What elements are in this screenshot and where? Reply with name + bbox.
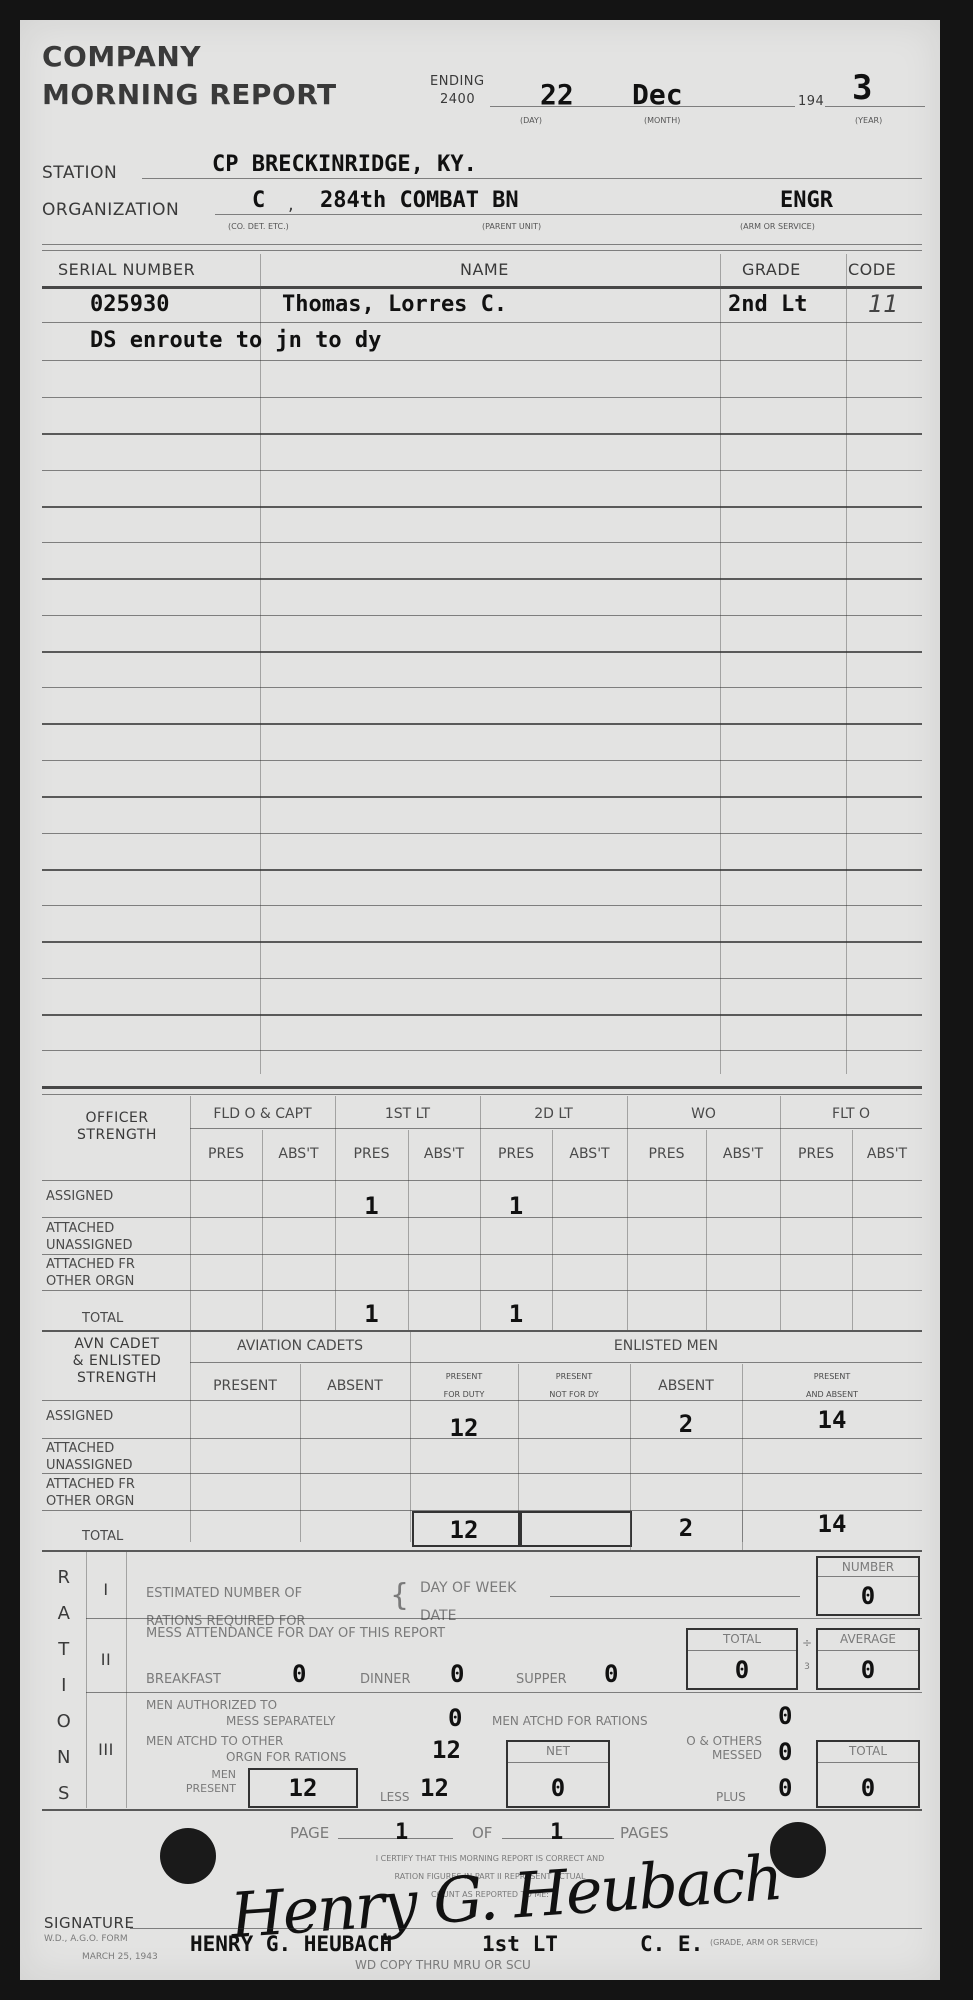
breakfast-value: 0	[292, 1660, 306, 1688]
entry-code: 11	[868, 290, 899, 318]
em-row-attached-other: ATTACHED FR OTHER ORGN	[46, 1476, 135, 1510]
sub-pres: PRES	[190, 1146, 262, 1162]
sub-abst: ABS'T	[852, 1146, 922, 1162]
officer-row-attached-other: ATTACHED FR OTHER ORGN	[46, 1256, 135, 1290]
entry-remark: DS enroute to jn to dy	[90, 328, 381, 353]
date-label: DATE	[420, 1608, 456, 1624]
supper-value: 0	[604, 1660, 618, 1688]
group-2d-lt: 2D LT	[480, 1106, 627, 1122]
group-1st-lt: 1ST LT	[335, 1106, 480, 1122]
plus-value: 0	[778, 1774, 792, 1802]
of-label: OF	[472, 1824, 492, 1842]
rations-total-value: 0	[816, 1774, 920, 1802]
report-month: Dec	[632, 78, 683, 111]
col-em-present-not-duty: PRESENT NOT FOR DY	[518, 1368, 630, 1404]
col-name: NAME	[460, 260, 509, 279]
group-wo: WO	[627, 1106, 780, 1122]
signer-name: HENRY G. HEUBACH	[190, 1932, 392, 1956]
sub-abst: ABS'T	[706, 1146, 780, 1162]
col-grade: GRADE	[742, 260, 801, 279]
ending-label: ENDING	[430, 74, 485, 89]
entry-serial: 025930	[90, 292, 169, 317]
less-label: LESS	[380, 1790, 410, 1804]
form-number: W.D., A.G.O. FORM	[44, 1934, 128, 1944]
page-number: 1	[395, 1820, 408, 1845]
brace: {	[390, 1578, 409, 1613]
mess-separately-value: 0	[448, 1704, 462, 1732]
sub-pres: PRES	[780, 1146, 852, 1162]
mess-separately-label2: MESS SEPARATELY	[226, 1714, 335, 1728]
organization-arm-service: ENGR	[780, 188, 833, 213]
enlisted-strength-title: AVN CADET & ENLISTED STRENGTH	[42, 1336, 192, 1387]
month-caption: (MONTH)	[644, 116, 680, 125]
sub-pres: PRES	[627, 1146, 706, 1162]
form-title-line1: COMPANY	[42, 40, 201, 73]
plus-label: PLUS	[716, 1790, 746, 1804]
officer-strength-title: OFFICER STRENGTH	[42, 1110, 192, 1144]
group-flt-o: FLT O	[780, 1106, 922, 1122]
mess-attendance-label: MESS ATTENDANCE FOR DAY OF THIS REPORT	[146, 1626, 445, 1641]
net-label: NET	[506, 1744, 610, 1758]
group-fld-o-capt: FLD O & CAPT	[190, 1106, 335, 1122]
em-row-attached-unassigned: ATTACHED UNASSIGNED	[46, 1440, 133, 1474]
sub-pres: PRES	[480, 1146, 552, 1162]
group-enlisted-men: ENLISTED MEN	[410, 1338, 922, 1354]
officer-assigned-2dlt-pres: 1	[480, 1192, 552, 1220]
rations-side-label: R A T I O N S	[42, 1560, 86, 1812]
atchd-other-label2: ORGN FOR RATIONS	[226, 1750, 346, 1764]
em-total-absent: 2	[630, 1514, 742, 1542]
signer-arm: C. E.	[640, 1932, 703, 1956]
day-caption: (DAY)	[520, 116, 542, 125]
col-serial-number: SERIAL NUMBER	[58, 260, 195, 279]
rations-number-label: NUMBER	[816, 1560, 920, 1574]
year-caption: (YEAR)	[855, 116, 882, 125]
others-messed-label: O & OTHERS MESSED	[642, 1734, 762, 1762]
station-label: STATION	[42, 163, 117, 183]
station-value: CP BRECKINRIDGE, KY.	[212, 152, 477, 177]
atchd-other-label1: MEN ATCHD TO OTHER	[146, 1734, 283, 1748]
mess-total-label: TOTAL	[686, 1632, 798, 1646]
ending-time: 2400	[440, 92, 475, 107]
report-day: 22	[540, 78, 574, 111]
report-year-digit: 3	[852, 68, 872, 108]
officer-row-attached-unassigned: ATTACHED UNASSIGNED	[46, 1220, 133, 1254]
entry-grade: 2nd Lt	[728, 292, 807, 317]
divide-by: 3	[800, 1662, 814, 1672]
supper-label: SUPPER	[516, 1672, 567, 1687]
sub-abst: ABS'T	[262, 1146, 335, 1162]
morning-report-form: COMPANY MORNING REPORT ENDING 2400 22 (D…	[20, 20, 940, 1980]
col-cadet-present: PRESENT	[190, 1378, 300, 1394]
form-date: MARCH 25, 1943	[82, 1952, 158, 1962]
em-total-present-absent: 14	[742, 1510, 922, 1538]
mess-average-value: 0	[816, 1656, 920, 1684]
year-prefix: 194	[798, 94, 824, 109]
form-title-line2: MORNING REPORT	[42, 78, 337, 111]
officer-total-1stlt-pres: 1	[335, 1300, 408, 1328]
page-total: 1	[550, 1820, 563, 1845]
officer-assigned-1stlt-pres: 1	[335, 1192, 408, 1220]
col-em-present-duty: PRESENT FOR DUTY	[410, 1368, 518, 1404]
mess-separately-label1: MEN AUTHORIZED TO	[146, 1698, 277, 1712]
day-of-week-label: DAY OF WEEK	[420, 1580, 516, 1596]
sub-pres: PRES	[335, 1146, 408, 1162]
dinner-label: DINNER	[360, 1672, 411, 1687]
col-code: CODE	[848, 260, 896, 279]
caption-parent-unit: (PARENT UNIT)	[482, 222, 541, 231]
em-total-notduty-box	[520, 1511, 632, 1547]
officer-total-2dlt-pres: 1	[480, 1300, 552, 1328]
breakfast-label: BREAKFAST	[146, 1672, 221, 1687]
col-em-present-absent: PRESENT AND ABSENT	[742, 1368, 922, 1404]
em-total-present-duty: 12	[410, 1516, 518, 1544]
men-present-value: 12	[248, 1774, 358, 1802]
others-messed-value: 0	[778, 1738, 792, 1766]
rations-part1-numeral: I	[86, 1580, 126, 1599]
rations-number-value: 0	[816, 1582, 920, 1610]
officer-row-assigned: ASSIGNED	[46, 1188, 113, 1205]
rations-part2-numeral: II	[86, 1650, 126, 1669]
entry-name: Thomas, Lorres C.	[282, 292, 507, 317]
officer-row-total: TOTAL	[82, 1310, 123, 1327]
col-cadet-absent: ABSENT	[300, 1378, 410, 1394]
organization-company: C	[252, 188, 265, 213]
col-em-absent: ABSENT	[630, 1378, 742, 1394]
em-row-assigned: ASSIGNED	[46, 1408, 113, 1425]
em-assigned-absent: 2	[630, 1410, 742, 1438]
organization-label: ORGANIZATION	[42, 200, 179, 220]
copy-note: WD COPY THRU MRU OR SCU	[355, 1958, 531, 1972]
group-aviation-cadets: AVIATION CADETS	[190, 1338, 410, 1354]
organization-parent-unit: 284th COMBAT BN	[320, 188, 519, 213]
mess-total-value: 0	[686, 1656, 798, 1684]
sub-abst: ABS'T	[408, 1146, 480, 1162]
atchd-rations-value: 0	[778, 1702, 792, 1730]
mess-average-label: AVERAGE	[816, 1632, 920, 1646]
punch-hole-left	[160, 1828, 216, 1884]
caption-arm-service: (ARM OR SERVICE)	[740, 222, 815, 231]
divide-symbol: ÷	[800, 1636, 814, 1650]
less-value: 12	[420, 1774, 449, 1802]
dinner-value: 0	[450, 1660, 464, 1688]
page-label: PAGE	[290, 1824, 329, 1842]
pages-label: PAGES	[620, 1824, 669, 1842]
atchd-rations-label: MEN ATCHD FOR RATIONS	[492, 1714, 648, 1728]
grade-arm-caption: (GRADE, ARM OR SERVICE)	[710, 1938, 818, 1947]
signer-grade: 1st LT	[482, 1932, 558, 1956]
men-present-label: MEN PRESENT	[146, 1768, 236, 1796]
sub-abst: ABS'T	[552, 1146, 627, 1162]
atchd-other-value: 12	[432, 1736, 461, 1764]
net-value: 0	[506, 1774, 610, 1802]
em-assigned-present-absent: 14	[742, 1406, 922, 1434]
organization-separator: ,	[288, 194, 294, 215]
signature-label: SIGNATURE	[44, 1914, 134, 1932]
rations-part3-numeral: III	[86, 1740, 126, 1759]
rations-total-label: TOTAL	[816, 1744, 920, 1758]
em-row-total: TOTAL	[82, 1528, 123, 1545]
caption-co-det: (CO. DET. ETC.)	[228, 222, 289, 231]
